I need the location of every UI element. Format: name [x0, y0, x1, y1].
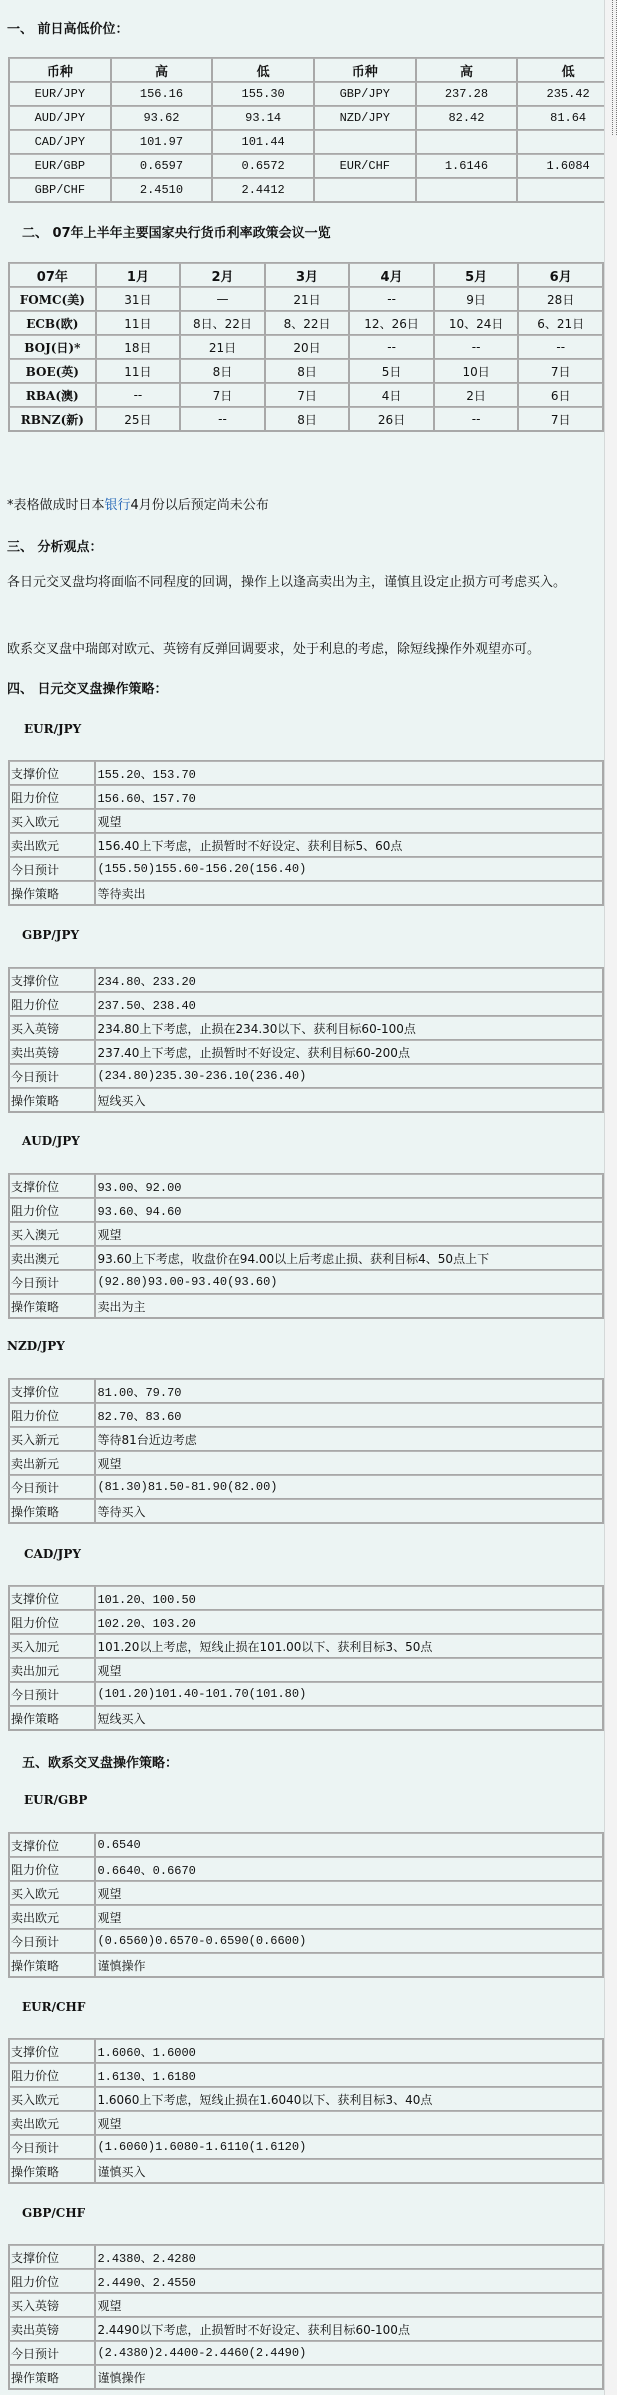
cell: 82.42 [416, 106, 518, 130]
col-header: 币种 [314, 58, 416, 82]
table-row: EUR/GBP 0.6597 0.6572 EUR/CHF 1.6146 1.6… [9, 154, 605, 178]
table-row: 操作策略谨慎操作 [9, 1953, 603, 1977]
cell: 6、21日 [518, 311, 603, 335]
table-row: 买入新元等待81台近边考虑 [9, 1427, 603, 1451]
analysis-paragraph-1: 各日元交叉盘均将面临不同程度的回调，操作上以逢高卖出为主，谨慎且设定止损方可考虑… [7, 572, 592, 594]
cell: 7日 [518, 359, 603, 383]
row-label: 卖出英镑 [9, 2317, 95, 2341]
table-row: 阻力价位93.60、94.60 [9, 1198, 603, 1222]
row-value: 93.60、94.60 [95, 1198, 603, 1222]
row-value: 237.40上下考虑，止损暂时不好设定、获利目标60-200点 [95, 1040, 603, 1064]
strategy-table-eurgbp: 支撑价位0.6540 阻力价位0.6640、0.6670 买入欧元观望 卖出欧元… [8, 1832, 604, 1978]
row-label: 操作策略 [9, 1953, 95, 1977]
row-label: 支撑价位 [9, 2245, 95, 2269]
row-value: 短线买入 [95, 1088, 603, 1112]
row-value: 237.50、238.40 [95, 992, 603, 1016]
cell: 1.6084 [517, 154, 605, 178]
row-label: 今日预计 [9, 1929, 95, 1953]
cell: 5日 [349, 359, 434, 383]
cell: 21日 [180, 335, 265, 359]
row-label: 卖出欧元 [9, 833, 95, 857]
cell: EUR/CHF [314, 154, 416, 178]
cell: 2.4412 [212, 178, 314, 202]
cell: 0.6572 [212, 154, 314, 178]
table-row: 卖出加元观望 [9, 1658, 603, 1682]
table-row: 买入加元101.20以上考虑，短线止损在101.00以下、获利目标3、50点 [9, 1634, 603, 1658]
table-row: 今日预计(234.80)235.30-236.10(236.40) [9, 1064, 603, 1088]
cell: CAD/JPY [9, 130, 111, 154]
row-label: 卖出欧元 [9, 2111, 95, 2135]
row-label: 操作策略 [9, 881, 95, 905]
section-5-title: 五、欧系交叉盘操作策略： [22, 1752, 178, 1771]
table-row: 今日预计(155.50)155.60-156.20(156.40) [9, 857, 603, 881]
row-label: 卖出澳元 [9, 1246, 95, 1270]
table-row: 卖出英镑237.40上下考虑，止损暂时不好设定、获利目标60-200点 [9, 1040, 603, 1064]
row-label: 支撑价位 [9, 2039, 95, 2063]
analysis-paragraph-2: 欧系交叉盘中瑞郎对欧元、英镑有反弹回调要求，处于利息的考虑，除短线操作外观望亦可… [7, 638, 540, 657]
row-value: 101.20以上考虑，短线止损在101.00以下、获利目标3、50点 [95, 1634, 603, 1658]
row-label: 阻力价位 [9, 1403, 95, 1427]
cell: 8日 [180, 359, 265, 383]
table-row: 卖出欧元观望 [9, 2111, 603, 2135]
col-header: 07年 [9, 263, 96, 287]
cell: 6日 [518, 383, 603, 407]
row-value: 156.40上下考虑，止损暂时不好设定、获利目标5、60点 [95, 833, 603, 857]
table-row: 买入欧元1.6060上下考虑，短线止损在1.6040以下、获利目标3、40点 [9, 2087, 603, 2111]
cell: 235.42 [517, 82, 605, 106]
col-header: 低 [517, 58, 605, 82]
table-row: 卖出英镑2.4490以下考虑，止损暂时不好设定、获利目标60-100点 [9, 2317, 603, 2341]
row-value: 0.6640、0.6670 [95, 1857, 603, 1881]
row-value: 93.00、92.00 [95, 1174, 603, 1198]
cell: -- [349, 287, 434, 311]
row-value: 等待81台近边考虑 [95, 1427, 603, 1451]
row-label: 操作策略 [9, 1088, 95, 1112]
table-row: 支撑价位234.80、233.20 [9, 968, 603, 992]
row-label: 阻力价位 [9, 785, 95, 809]
section-3-title: 三、 分析观点： [7, 536, 103, 555]
cell: -- [180, 407, 265, 431]
row-value: (155.50)155.60-156.20(156.40) [95, 857, 603, 881]
row-label: 操作策略 [9, 2159, 95, 2183]
cell: -- [434, 335, 519, 359]
cell: 93.62 [111, 106, 213, 130]
row-label: 今日预计 [9, 1064, 95, 1088]
bank-link[interactable]: 银行 [105, 498, 131, 513]
col-header: 高 [416, 58, 518, 82]
table-row: 买入英镑观望 [9, 2293, 603, 2317]
strategy-table-nzdjpy: 支撑价位81.00、79.70 阻力价位82.70、83.60 买入新元等待81… [8, 1378, 604, 1524]
row-label: 卖出加元 [9, 1658, 95, 1682]
section-2-title: 二、 07年上半年主要国家央行货币利率政策会议一览 [22, 222, 331, 241]
prev-day-high-low-table: 币种 高 低 币种 高 低 EUR/JPY 156.16 155.30 GBP/… [8, 57, 605, 203]
pair-title-eurgbp: EUR/GBP [24, 1793, 87, 1807]
row-value: 观望 [95, 2111, 603, 2135]
row-label: 买入欧元 [9, 809, 95, 833]
row-label: 阻力价位 [9, 1198, 95, 1222]
row-value: 1.6060上下考虑，短线止损在1.6040以下、获利目标3、40点 [95, 2087, 603, 2111]
table-row: ECB(欧) 11日 8日、22日 8、22日 12、26日 10、24日 6、… [9, 311, 603, 335]
cell: -- [434, 407, 519, 431]
row-label: 今日预计 [9, 1475, 95, 1499]
row-label: 买入澳元 [9, 1222, 95, 1246]
col-header: 4月 [349, 263, 434, 287]
col-header: 低 [212, 58, 314, 82]
table-row: 卖出新元观望 [9, 1451, 603, 1475]
table-row: GBP/CHF 2.4510 2.4412 [9, 178, 605, 202]
pair-title-cadjpy: CAD/JPY [24, 1547, 81, 1561]
row-label: 买入新元 [9, 1427, 95, 1451]
pair-title-eurjpy: EUR/JPY [24, 722, 81, 736]
col-header: 6月 [518, 263, 603, 287]
row-value: 2.4490、2.4550 [95, 2269, 603, 2293]
table-row: 阻力价位82.70、83.60 [9, 1403, 603, 1427]
table-row: AUD/JPY 93.62 93.14 NZD/JPY 82.42 81.64 [9, 106, 605, 130]
cell: 25日 [96, 407, 181, 431]
cell: 81.64 [517, 106, 605, 130]
table-row: 阻力价位156.60、157.70 [9, 785, 603, 809]
strategy-table-cadjpy: 支撑价位101.20、100.50 阻力价位102.20、103.20 买入加元… [8, 1585, 604, 1731]
cell: 155.30 [212, 82, 314, 106]
cell: -- [518, 335, 603, 359]
pair-title-gbpchf: GBP/CHF [22, 2206, 85, 2220]
row-label: 操作策略 [9, 2365, 95, 2389]
row-value: 谨慎买入 [95, 2159, 603, 2183]
table-row: 支撑价位101.20、100.50 [9, 1586, 603, 1610]
row-value: 2.4380、2.4280 [95, 2245, 603, 2269]
row-label: 今日预计 [9, 1270, 95, 1294]
row-label: 支撑价位 [9, 1174, 95, 1198]
table-row: 阻力价位2.4490、2.4550 [9, 2269, 603, 2293]
section-1-title: 一、 前日高低价位： [7, 18, 129, 37]
strategy-table-eurchf: 支撑价位1.6060、1.6000 阻力价位1.6130、1.6180 买入欧元… [8, 2038, 604, 2184]
row-label: 支撑价位 [9, 1833, 95, 1857]
table-row: 卖出欧元观望 [9, 1905, 603, 1929]
table-row: BOE(英) 11日 8日 8日 5日 10日 7日 [9, 359, 603, 383]
cell: 7日 [180, 383, 265, 407]
row-value: 0.6540 [95, 1833, 603, 1857]
cell: 11日 [96, 311, 181, 335]
table-row: 操作策略等待卖出 [9, 881, 603, 905]
row-label: 支撑价位 [9, 1586, 95, 1610]
cell: AUD/JPY [9, 106, 111, 130]
table-row: 今日预计(1.6060)1.6080-1.6110(1.6120) [9, 2135, 603, 2159]
row-header: ECB(欧) [9, 311, 96, 335]
cell: 237.28 [416, 82, 518, 106]
row-label: 买入欧元 [9, 1881, 95, 1905]
table-header-row: 07年 1月 2月 3月 4月 5月 6月 [9, 263, 603, 287]
table-row: 买入欧元观望 [9, 1881, 603, 1905]
table-row: 买入英镑234.80上下考虑，止损在234.30以下、获利目标60-100点 [9, 1016, 603, 1040]
footnote-suffix: 4月份以后预定尚未公布 [131, 498, 269, 513]
table-row: 今日预计(92.80)93.00-93.40(93.60) [9, 1270, 603, 1294]
row-value: 观望 [95, 1451, 603, 1475]
table-row: 今日预计(81.30)81.50-81.90(82.00) [9, 1475, 603, 1499]
row-value: 等待买入 [95, 1499, 603, 1523]
cell: NZD/JPY [314, 106, 416, 130]
row-label: 卖出英镑 [9, 1040, 95, 1064]
cell [314, 178, 416, 202]
row-value: 观望 [95, 1658, 603, 1682]
table-row: 阻力价位1.6130、1.6180 [9, 2063, 603, 2087]
row-label: 卖出新元 [9, 1451, 95, 1475]
row-value: 谨慎操作 [95, 1953, 603, 1977]
col-header: 币种 [9, 58, 111, 82]
col-header: 高 [111, 58, 213, 82]
row-header: BOJ(日)* [9, 335, 96, 359]
pair-title-gbpjpy: GBP/JPY [22, 928, 79, 942]
cell: 8日、22日 [180, 311, 265, 335]
row-value: 观望 [95, 809, 603, 833]
row-label: 操作策略 [9, 1706, 95, 1730]
row-value: 93.60上下考虑，收盘价在94.00以上后考虑止损、获利目标4、50点上下 [95, 1246, 603, 1270]
cell: 101.97 [111, 130, 213, 154]
row-value: 156.60、157.70 [95, 785, 603, 809]
cell: 156.16 [111, 82, 213, 106]
row-value: 等待卖出 [95, 881, 603, 905]
footnote: *表格做成时日本银行4月份以后预定尚未公布 [7, 494, 269, 513]
table-row: RBNZ(新) 25日 -- 8日 26日 -- 7日 [9, 407, 603, 431]
row-value: 1.6060、1.6000 [95, 2039, 603, 2063]
row-label: 阻力价位 [9, 1857, 95, 1881]
row-label: 阻力价位 [9, 1610, 95, 1634]
row-value: 卖出为主 [95, 1294, 603, 1318]
table-row: 操作策略等待买入 [9, 1499, 603, 1523]
row-value: 82.70、83.60 [95, 1403, 603, 1427]
cell: -- [349, 335, 434, 359]
cell: — [180, 287, 265, 311]
row-value: 234.80上下考虑，止损在234.30以下、获利目标60-100点 [95, 1016, 603, 1040]
row-value: 102.20、103.20 [95, 1610, 603, 1634]
row-label: 阻力价位 [9, 2269, 95, 2293]
cell: 20日 [265, 335, 350, 359]
row-header: RBNZ(新) [9, 407, 96, 431]
table-row: RBA(澳) -- 7日 7日 4日 2日 6日 [9, 383, 603, 407]
row-value: 1.6130、1.6180 [95, 2063, 603, 2087]
strategy-table-gbpjpy: 支撑价位234.80、233.20 阻力价位237.50、238.40 买入英镑… [8, 967, 604, 1113]
section-4-title: 四、 日元交叉盘操作策略： [7, 678, 168, 697]
pair-title-audjpy: AUD/JPY [22, 1134, 80, 1148]
row-label: 买入欧元 [9, 2087, 95, 2111]
row-label: 支撑价位 [9, 1379, 95, 1403]
cell: GBP/JPY [314, 82, 416, 106]
cell: 18日 [96, 335, 181, 359]
table-row: 支撑价位1.6060、1.6000 [9, 2039, 603, 2063]
row-value: 观望 [95, 2293, 603, 2317]
table-row: 支撑价位155.20、153.70 [9, 761, 603, 785]
cell: 101.44 [212, 130, 314, 154]
row-label: 今日预计 [9, 857, 95, 881]
row-value: (1.6060)1.6080-1.6110(1.6120) [95, 2135, 603, 2159]
cell: 10、24日 [434, 311, 519, 335]
cell [517, 130, 605, 154]
table-row: 卖出澳元93.60上下考虑，收盘价在94.00以上后考虑止损、获利目标4、50点… [9, 1246, 603, 1270]
cell [517, 178, 605, 202]
row-value: 81.00、79.70 [95, 1379, 603, 1403]
table-row: 今日预计(101.20)101.40-101.70(101.80) [9, 1682, 603, 1706]
cell: 31日 [96, 287, 181, 311]
cell [416, 130, 518, 154]
row-value: (0.6560)0.6570-0.6590(0.6600) [95, 1929, 603, 1953]
cell: 10日 [434, 359, 519, 383]
cell [416, 178, 518, 202]
table-row: 今日预计(0.6560)0.6570-0.6590(0.6600) [9, 1929, 603, 1953]
row-label: 卖出欧元 [9, 1905, 95, 1929]
row-value: 101.20、100.50 [95, 1586, 603, 1610]
table-row: 操作策略短线买入 [9, 1706, 603, 1730]
cell: GBP/CHF [9, 178, 111, 202]
row-value: 2.4490以下考虑，止损暂时不好设定、获利目标60-100点 [95, 2317, 603, 2341]
row-label: 操作策略 [9, 1294, 95, 1318]
row-label: 今日预计 [9, 1682, 95, 1706]
footnote-prefix: *表格做成时日本 [7, 498, 105, 513]
row-value: (2.4380)2.4400-2.4460(2.4490) [95, 2341, 603, 2365]
table-row: 阻力价位237.50、238.40 [9, 992, 603, 1016]
row-label: 今日预计 [9, 2341, 95, 2365]
row-label: 今日预计 [9, 2135, 95, 2159]
cell: 2.4510 [111, 178, 213, 202]
row-value: 观望 [95, 1881, 603, 1905]
table-row: CAD/JPY 101.97 101.44 [9, 130, 605, 154]
table-row: 支撑价位93.00、92.00 [9, 1174, 603, 1198]
row-value: 谨慎操作 [95, 2365, 603, 2389]
row-label: 阻力价位 [9, 992, 95, 1016]
col-header: 1月 [96, 263, 181, 287]
row-label: 支撑价位 [9, 968, 95, 992]
row-value: 观望 [95, 1905, 603, 1929]
row-header: RBA(澳) [9, 383, 96, 407]
table-row: 操作策略谨慎买入 [9, 2159, 603, 2183]
strategy-table-audjpy: 支撑价位93.00、92.00 阻力价位93.60、94.60 买入澳元观望 卖… [8, 1173, 604, 1319]
col-header: 5月 [434, 263, 519, 287]
col-header: 3月 [265, 263, 350, 287]
table-row: 买入澳元观望 [9, 1222, 603, 1246]
table-row: 买入欧元观望 [9, 809, 603, 833]
table-row: 阻力价位0.6640、0.6670 [9, 1857, 603, 1881]
table-row: 操作策略谨慎操作 [9, 2365, 603, 2389]
table-row: 支撑价位2.4380、2.4280 [9, 2245, 603, 2269]
row-value: (92.80)93.00-93.40(93.60) [95, 1270, 603, 1294]
table-header-row: 币种 高 低 币种 高 低 [9, 58, 605, 82]
row-label: 支撑价位 [9, 761, 95, 785]
cell: 8日 [265, 407, 350, 431]
table-row: 卖出欧元156.40上下考虑，止损暂时不好设定、获利目标5、60点 [9, 833, 603, 857]
table-row: BOJ(日)* 18日 21日 20日 -- -- -- [9, 335, 603, 359]
table-row: 操作策略卖出为主 [9, 1294, 603, 1318]
cell: 93.14 [212, 106, 314, 130]
row-value: 观望 [95, 1222, 603, 1246]
table-row: 操作策略短线买入 [9, 1088, 603, 1112]
cell: 12、26日 [349, 311, 434, 335]
cell: 7日 [265, 383, 350, 407]
cell: -- [96, 383, 181, 407]
cell: 28日 [518, 287, 603, 311]
pair-title-nzdjpy: NZD/JPY [7, 1339, 65, 1353]
table-row: EUR/JPY 156.16 155.30 GBP/JPY 237.28 235… [9, 82, 605, 106]
cell: 21日 [265, 287, 350, 311]
cell: 8、22日 [265, 311, 350, 335]
table-row: 今日预计(2.4380)2.4400-2.4460(2.4490) [9, 2341, 603, 2365]
row-label: 买入加元 [9, 1634, 95, 1658]
row-label: 阻力价位 [9, 2063, 95, 2087]
cell [314, 130, 416, 154]
cell: 0.6597 [111, 154, 213, 178]
horizontal-overflow-scrollbar[interactable] [612, 0, 617, 135]
table-row: FOMC(美) 31日 — 21日 -- 9日 28日 [9, 287, 603, 311]
cell: 8日 [265, 359, 350, 383]
row-value: (81.30)81.50-81.90(82.00) [95, 1475, 603, 1499]
row-header: FOMC(美) [9, 287, 96, 311]
col-header: 2月 [180, 263, 265, 287]
article-page: 一、 前日高低价位： 币种 高 低 币种 高 低 EUR/JPY 156.16 … [0, 0, 605, 2395]
cell: 11日 [96, 359, 181, 383]
row-value: 234.80、233.20 [95, 968, 603, 992]
row-value: 短线买入 [95, 1706, 603, 1730]
central-bank-meetings-table: 07年 1月 2月 3月 4月 5月 6月 FOMC(美) 31日 — 21日 … [8, 262, 604, 432]
cell: 4日 [349, 383, 434, 407]
cell: 7日 [518, 407, 603, 431]
strategy-table-eurjpy: 支撑价位155.20、153.70 阻力价位156.60、157.70 买入欧元… [8, 760, 604, 906]
cell: 26日 [349, 407, 434, 431]
pair-title-eurchf: EUR/CHF [22, 2000, 85, 2014]
table-row: 支撑价位0.6540 [9, 1833, 603, 1857]
cell: 2日 [434, 383, 519, 407]
row-value: (101.20)101.40-101.70(101.80) [95, 1682, 603, 1706]
row-header: BOE(英) [9, 359, 96, 383]
cell: EUR/JPY [9, 82, 111, 106]
cell: 1.6146 [416, 154, 518, 178]
cell: EUR/GBP [9, 154, 111, 178]
table-row: 阻力价位102.20、103.20 [9, 1610, 603, 1634]
row-value: 155.20、153.70 [95, 761, 603, 785]
row-label: 买入英镑 [9, 1016, 95, 1040]
row-label: 买入英镑 [9, 2293, 95, 2317]
row-label: 操作策略 [9, 1499, 95, 1523]
row-value: (234.80)235.30-236.10(236.40) [95, 1064, 603, 1088]
strategy-table-gbpchf: 支撑价位2.4380、2.4280 阻力价位2.4490、2.4550 买入英镑… [8, 2244, 604, 2390]
table-row: 支撑价位81.00、79.70 [9, 1379, 603, 1403]
cell: 9日 [434, 287, 519, 311]
